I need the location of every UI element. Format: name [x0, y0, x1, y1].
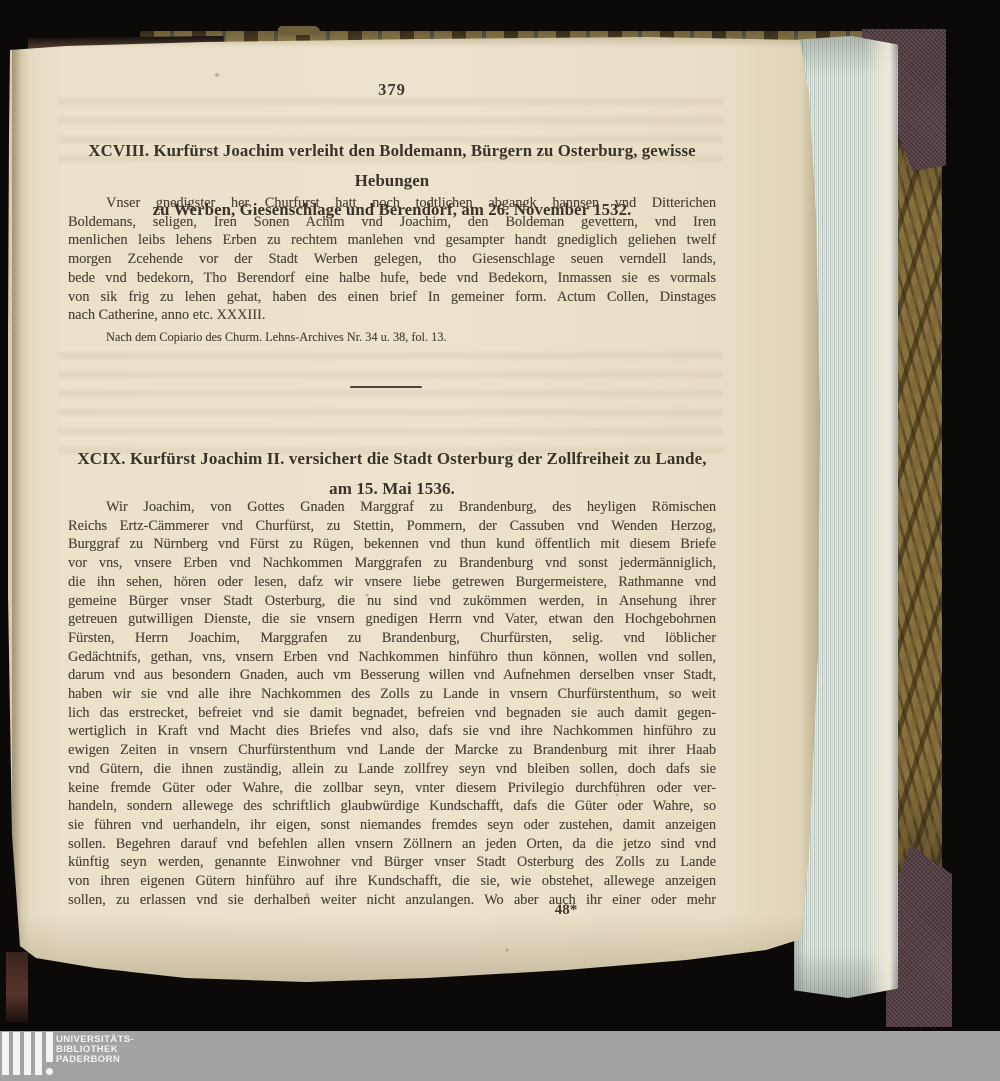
library-name: UNIVERSITÄTS-BIBLIOTHEKPADERBORN: [56, 1035, 134, 1066]
text-line: keine fremde Güter oder Wahre, die zollb…: [68, 779, 716, 798]
text-line: handeln, sondern allewege des schriftlic…: [68, 797, 716, 816]
logo-exclamation-bar: [46, 1032, 53, 1062]
text-line: sie führen vnd uerhandeln, ihr eigen, so…: [68, 816, 716, 835]
logo-bar: [13, 1032, 20, 1075]
logo-bar: [2, 1032, 9, 1075]
section-divider-rule: [350, 386, 422, 388]
text-line: die ihn sehen, hören oder lesen, dafz wi…: [68, 573, 716, 592]
page-gutter-shadow: [12, 34, 30, 990]
text-line: Gedächtnifs, gethan, vns, vnsern Erben v…: [68, 648, 716, 667]
page-number: 379: [68, 80, 716, 100]
text-line: Boldemans, seligen, Iren Sonen Achim vnd…: [68, 213, 716, 232]
text-line: gemeine Bürger vnser Stadt Osterburg, di…: [68, 592, 716, 611]
text-line: XCIX. Kurfürst Joachim II. versichert di…: [62, 444, 722, 474]
signature-mark: 48*: [501, 902, 631, 919]
text-line: vor vns, vnsere Erben vnd Nachkommen Mar…: [68, 554, 716, 573]
section-xcviii-footnote: Nach dem Copiario des Churm. Lehns-Archi…: [106, 330, 666, 345]
text-line: haben wir sie vnd alle ihre Nachkommen d…: [68, 685, 716, 704]
logo-bar: [24, 1032, 31, 1075]
foxing-specks: [6, 34, 8, 36]
text-line: Wir Joachim, von Gottes Gnaden Marggraf …: [68, 498, 716, 517]
section-xcviii-body: Vnser gnedigster her Churfurst hatt noch…: [68, 194, 716, 325]
text-line: sollen. Begehren darauf vnd befehlen all…: [68, 835, 716, 854]
text-line: menlichen leibs lehens Erben zu rechtem …: [68, 231, 716, 250]
text-line: lich das erstrecket, befreiet vnd sie da…: [68, 704, 716, 723]
book-cover-edge-bottom-left: [6, 952, 28, 1022]
text-line: Burggraf zu Nürnberg vnd Fürst zu Rügen,…: [68, 535, 716, 554]
section-xcix-heading: XCIX. Kurfürst Joachim II. versichert di…: [62, 444, 722, 504]
text-line: Reichs Ertz-Cämmerer vnd Churfürst, zu S…: [68, 517, 716, 536]
torn-paper-fragment: [278, 26, 320, 35]
text-line: künftig seyn werden, genannte Einwohner …: [68, 853, 716, 872]
logo-bar: [35, 1032, 42, 1075]
book-photo: 379 XCVIII. Kurfürst Joachim verleiht de…: [0, 0, 1000, 1081]
text-line: von sik frig zu lehen gehat, haben des e…: [68, 288, 716, 307]
text-line: wertiglich in Kraft vnd Macht dies Brief…: [68, 722, 716, 741]
logo-exclamation-dot: [46, 1068, 53, 1075]
text-line: bede vnd bedekorn, Tho Berendorf eine ha…: [68, 269, 716, 288]
text-line: nach Catherine, anno etc. XXXIII.: [68, 306, 716, 325]
text-line: Vnser gnedigster her Churfurst hatt noch…: [68, 194, 716, 213]
text-line: vnd Gütern, die ihnen zuständig, allein …: [68, 760, 716, 779]
text-line: darum vnd aus besondern Gnaden, auch vm …: [68, 666, 716, 685]
text-line: XCVIII. Kurfürst Joachim verleiht den Bo…: [62, 136, 722, 195]
section-xcix-body: Wir Joachim, von Gottes Gnaden Marggraf …: [68, 498, 716, 909]
text-line: Fürsten, Herrn Joachim, Marggrafen zu Br…: [68, 629, 716, 648]
library-banner: UNIVERSITÄTS-BIBLIOTHEKPADERBORN: [0, 1031, 1000, 1081]
text-line: morgen Zcehende vor der Stadt Werben gel…: [68, 250, 716, 269]
text-line: von ihren eigenen Gütern hinführo auf ih…: [68, 872, 716, 891]
book-page: 379 XCVIII. Kurfürst Joachim verleiht de…: [6, 34, 822, 990]
text-line: PADERBORN: [56, 1055, 134, 1065]
text-line: getreuen gutwilligen Dienste, die sie vn…: [68, 610, 716, 629]
text-line: ewigen Zeiten in vnsern Churfürstenthum …: [68, 741, 716, 760]
